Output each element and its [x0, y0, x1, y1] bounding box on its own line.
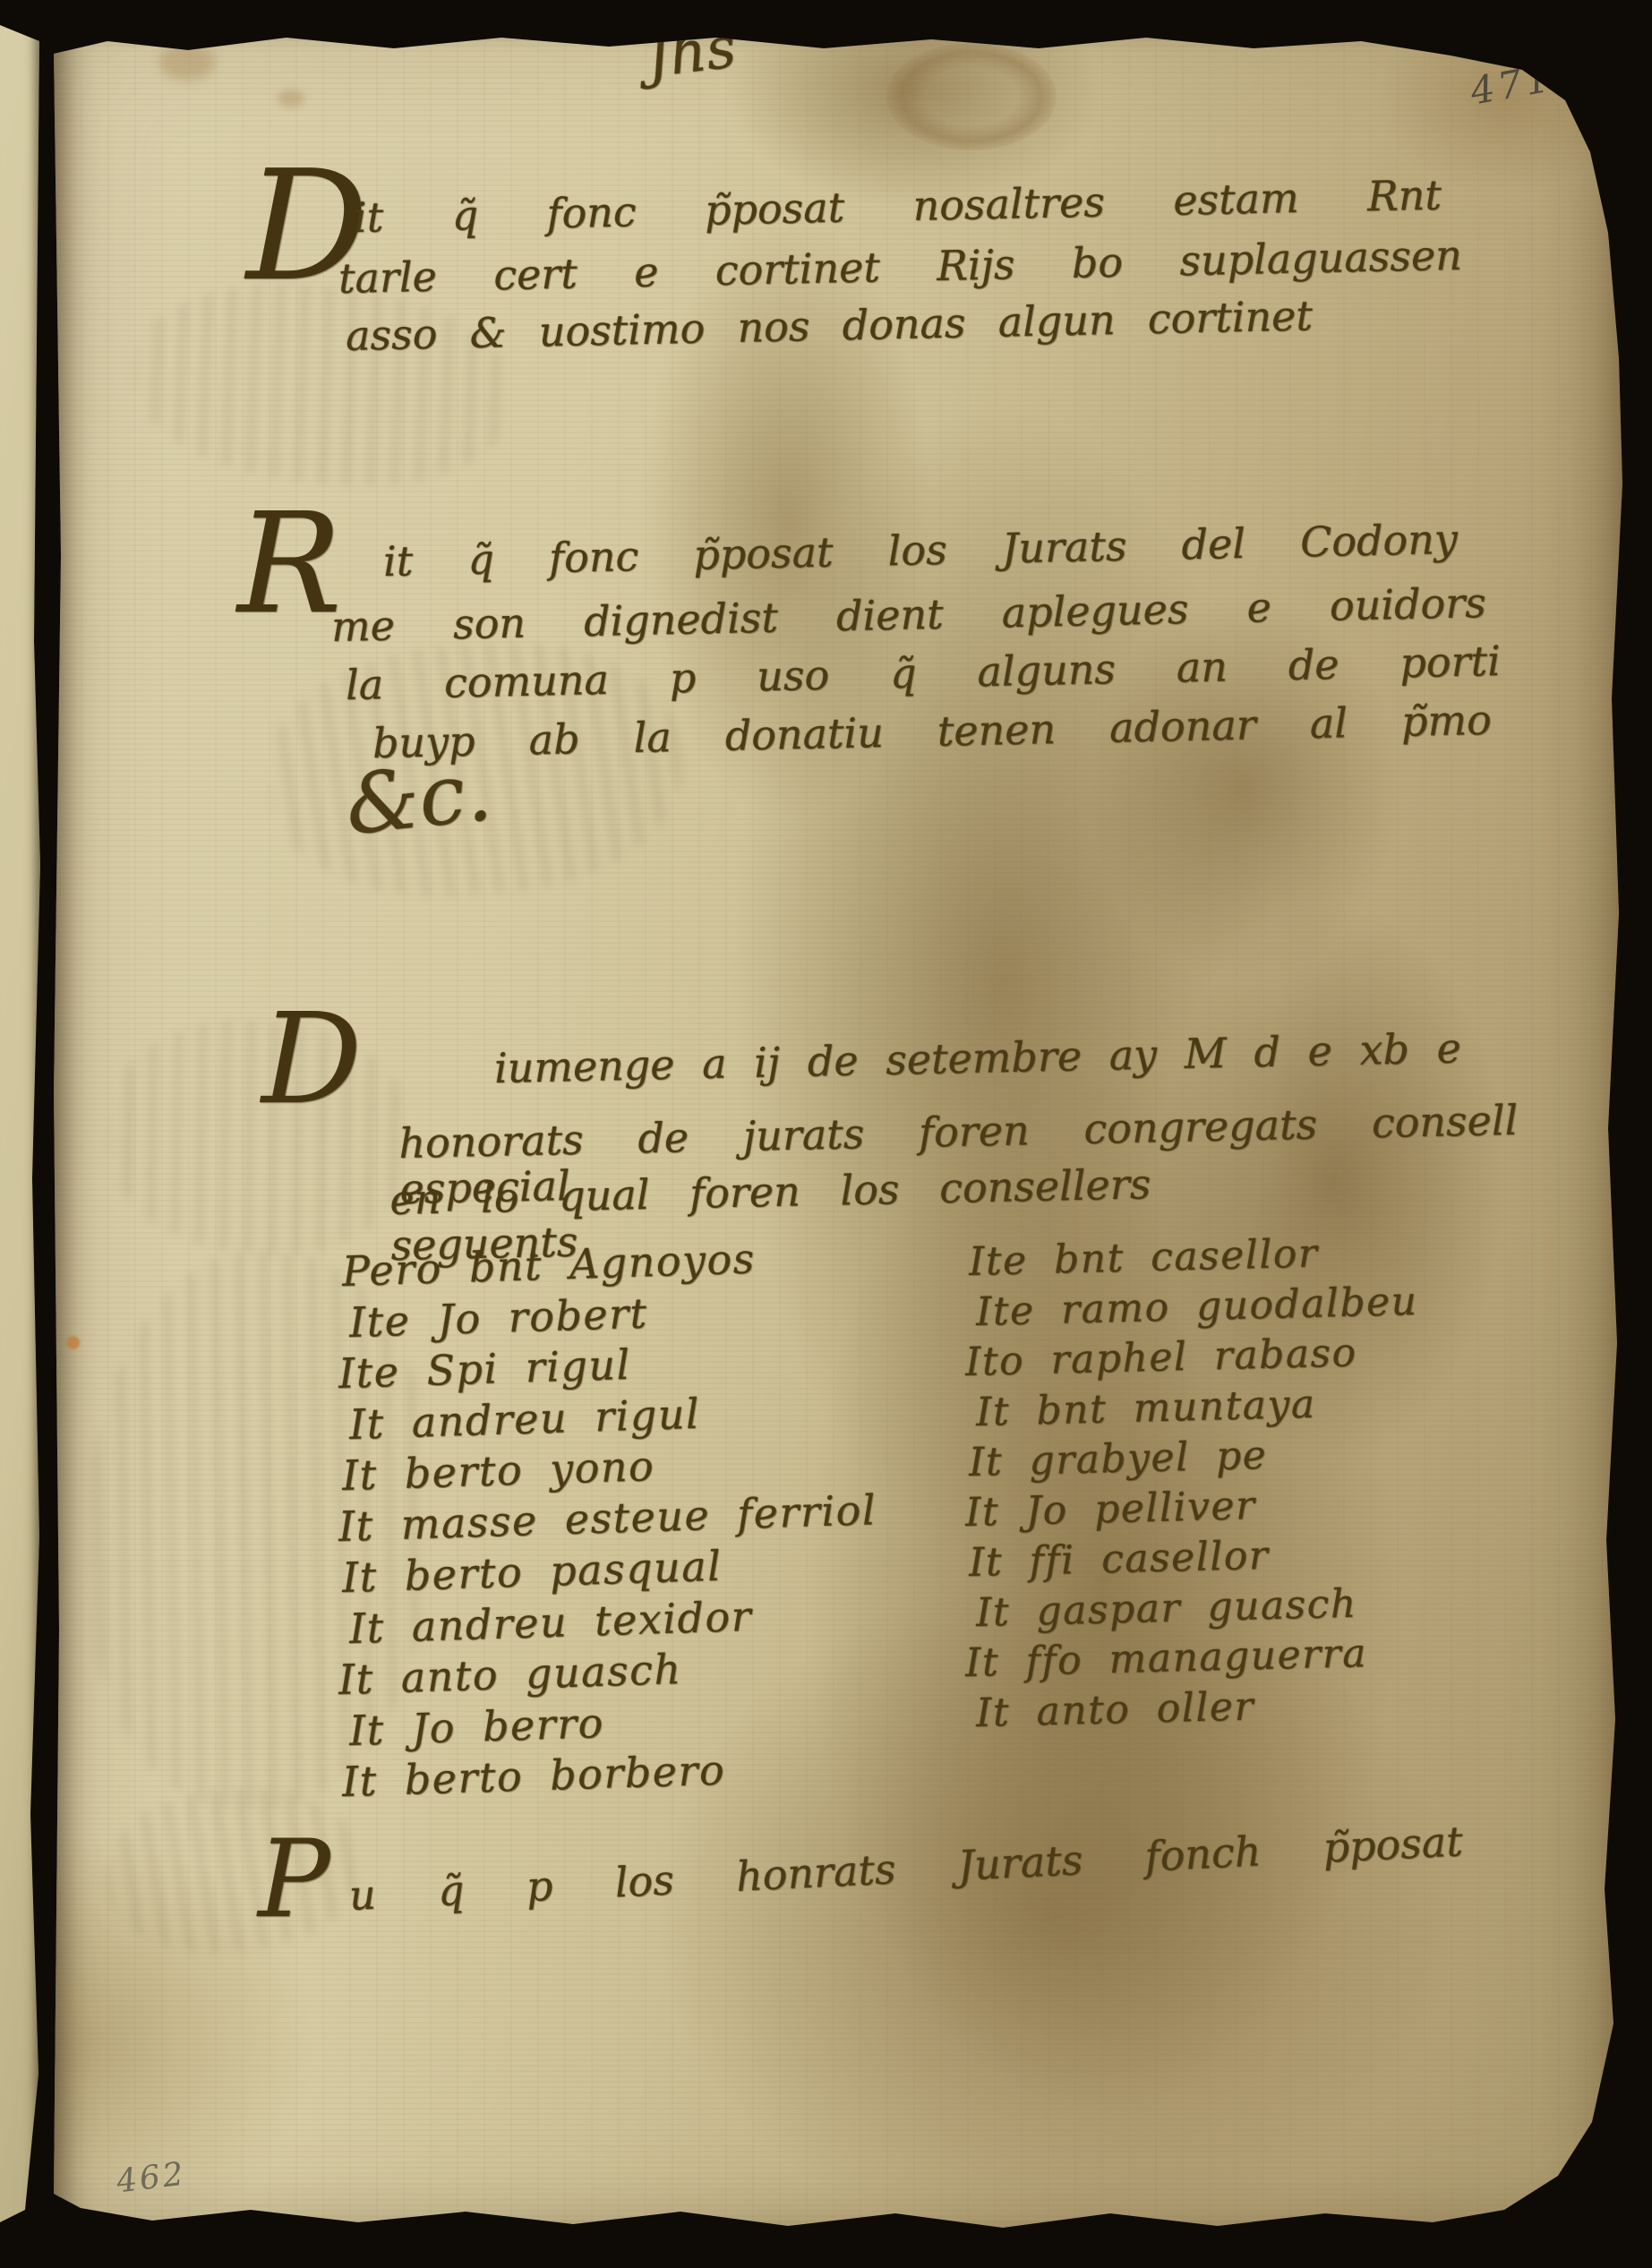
foxing-spot [159, 43, 215, 81]
manuscript-line: it q̃ fonc p̃posat nosaltres estam Rnt [353, 173, 1442, 241]
manuscript-line: it q̃ fonc p̃posat los Jurats del Codony [382, 517, 1458, 585]
etcetera-mark: &c. [341, 743, 496, 853]
manuscript-line: iumenge a ij de setembre ay M d e xb e [493, 1025, 1461, 1091]
manuscript-line: la comuna p uso q̃ alguns an de porti [345, 638, 1501, 708]
water-stain [886, 43, 1057, 150]
manuscript-line: buyp ab la donatiu tenen adonar al p̃mo [372, 698, 1492, 766]
council-member: It anto oller [975, 1678, 1418, 1739]
manuscript-line: me son dignedist dient aplegues e ouidor… [330, 580, 1486, 650]
foxing-spot [66, 1336, 80, 1349]
bleedthrough-text-patch [98, 1008, 421, 1267]
closing-line: u q̃ p los honrats Jurats fonch p̃posat [348, 1819, 1464, 1918]
paragraph-3-initial: D [261, 1010, 362, 1110]
scanned-manuscript: { "document": { "monogram": "Jhs", "foli… [0, 0, 1652, 2268]
closing-initial: P [258, 1837, 330, 1923]
folio-number-top-right: 471 [1467, 56, 1555, 113]
folio-number-bottom-left: 462 [115, 2155, 188, 2200]
jhs-monogram: Jhs [643, 14, 740, 91]
manuscript-page: Jhs 471 462 D it q̃ fonc p̃posat nosaltr… [54, 18, 1622, 2244]
paragraph-2-initial: R [237, 509, 342, 620]
foxing-spot [278, 90, 304, 107]
previous-page-edge [0, 14, 41, 2229]
council-list-left-column: Pero bnt Agnoyos Ite Jo robert Ite Spi r… [342, 1246, 877, 1808]
council-list-right-column: Ite bnt casellor Ite ramo guodalbeu Ito … [969, 1237, 1418, 1739]
manuscript-line: asso & uostimo nos donas algun cortinet [345, 293, 1313, 358]
